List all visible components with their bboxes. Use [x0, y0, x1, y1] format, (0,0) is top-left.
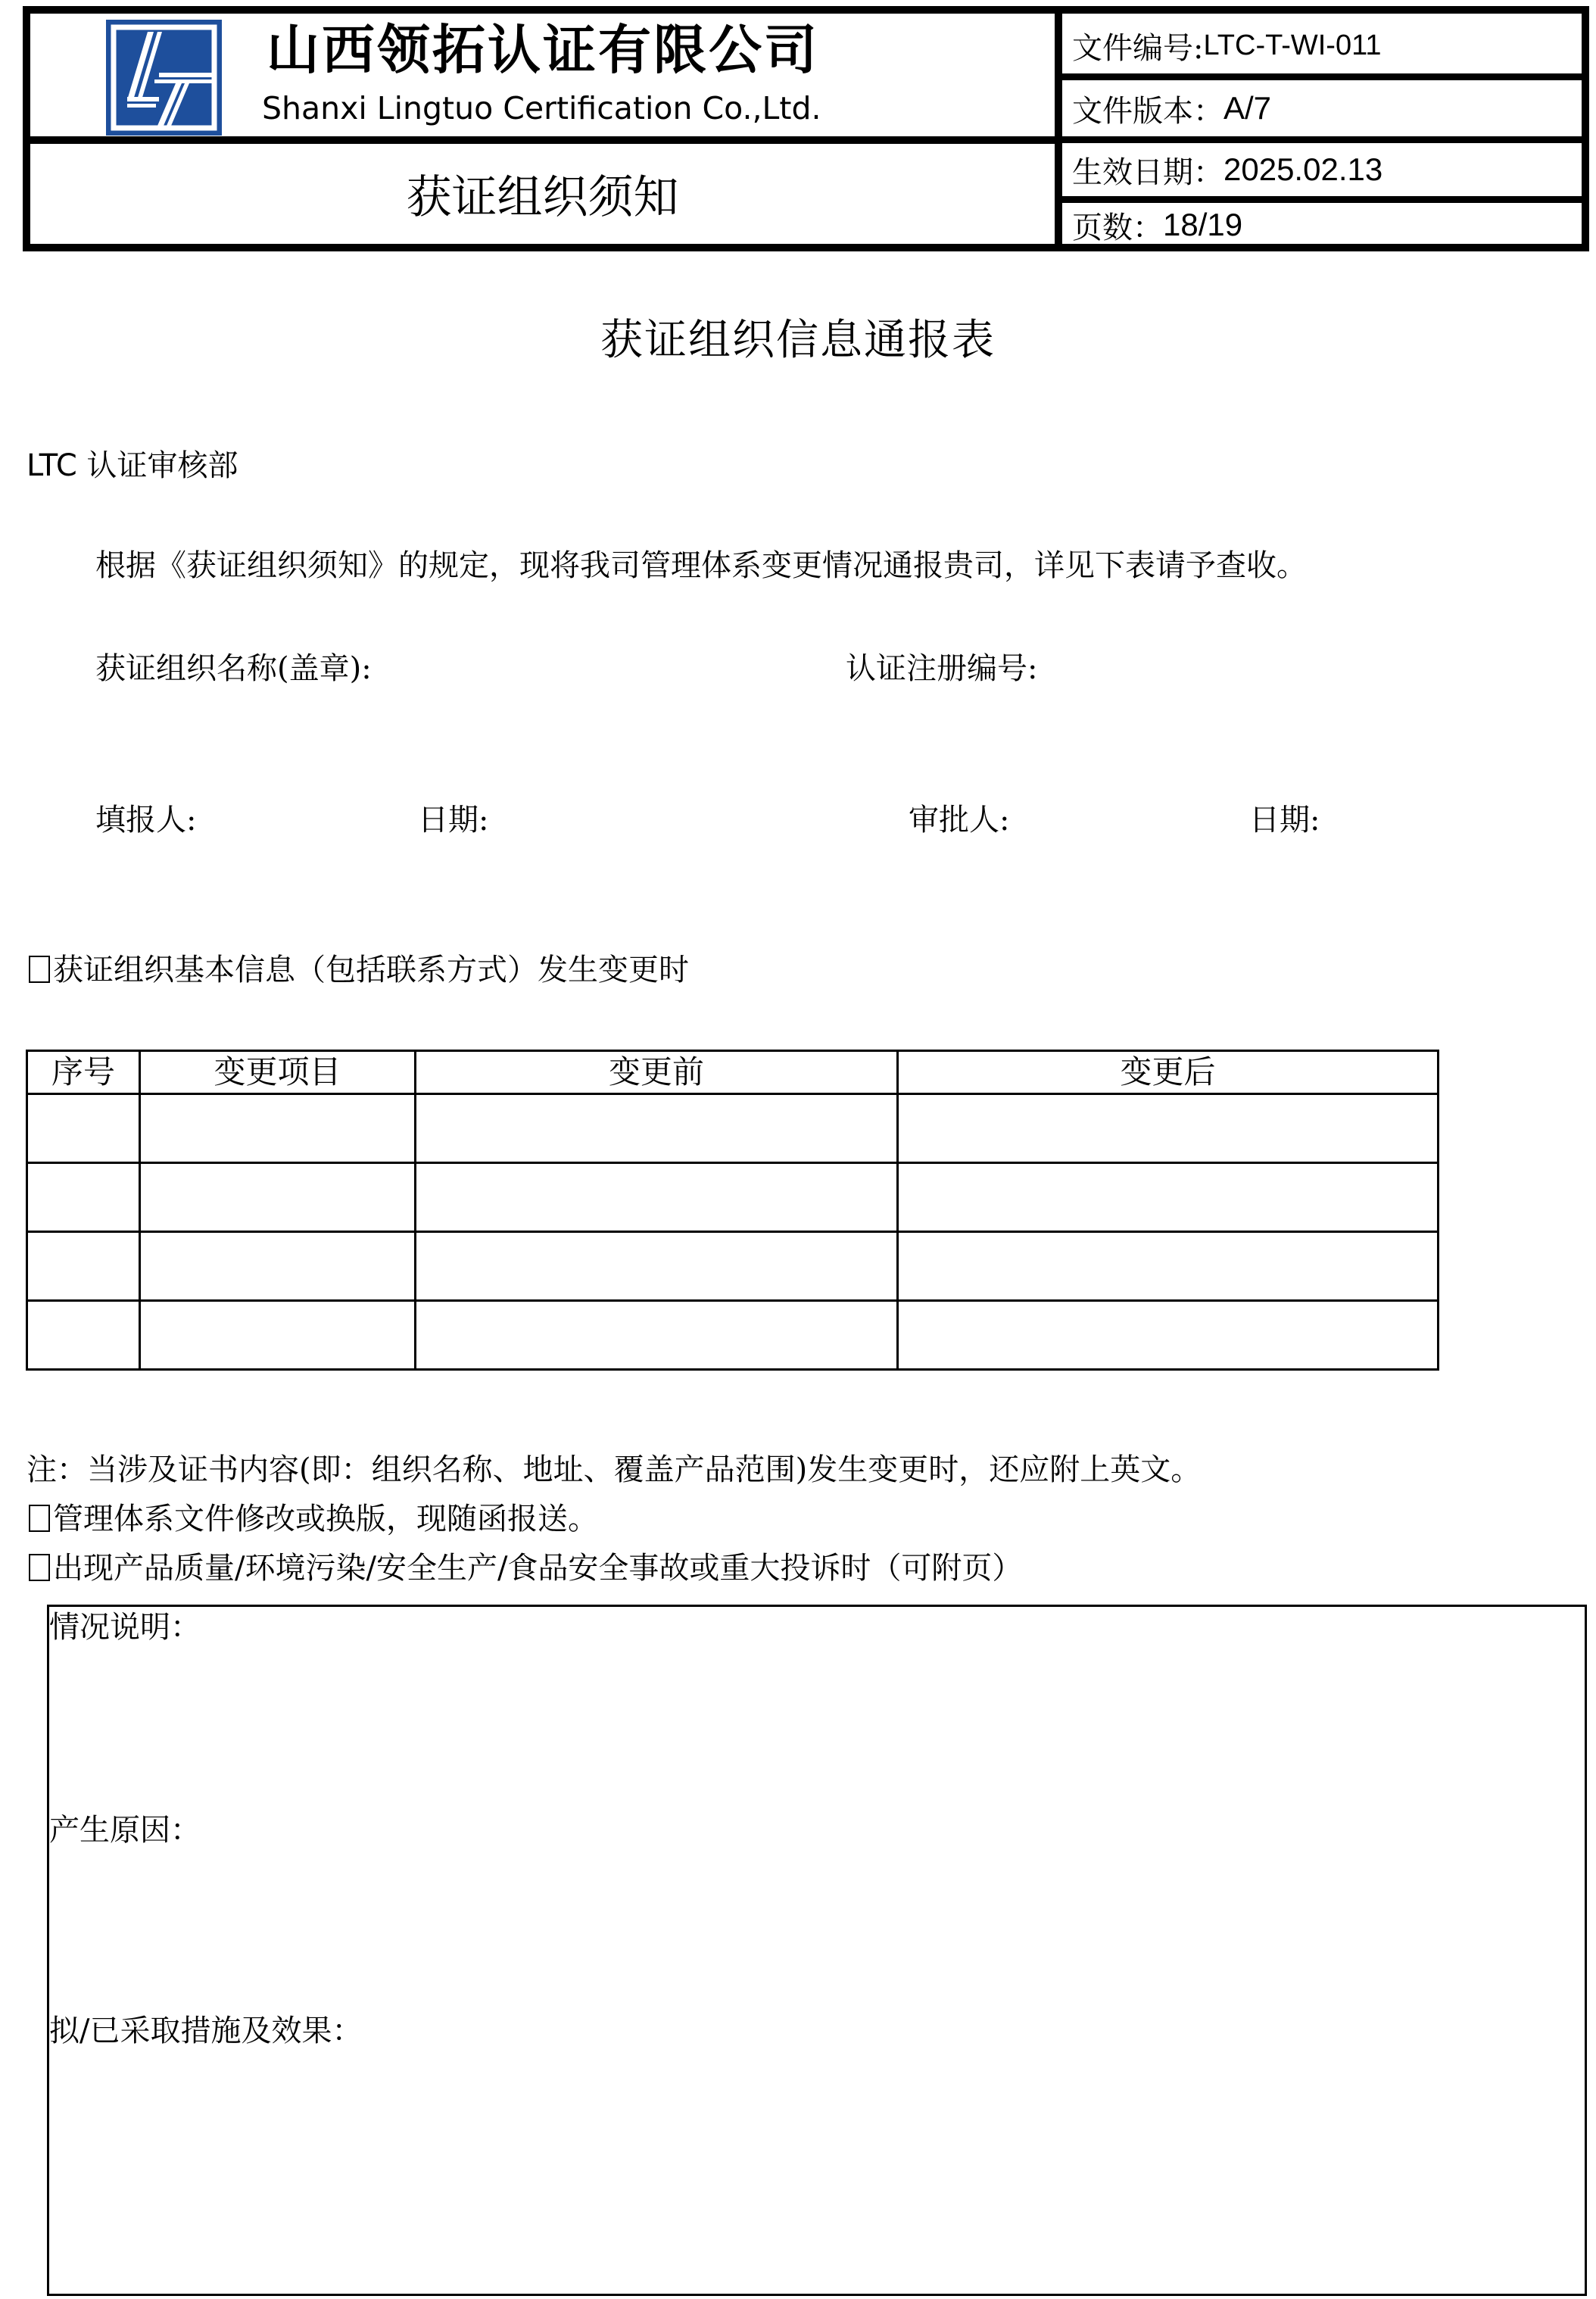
incident-checkbox[interactable] [29, 1554, 50, 1581]
recipient: LTC 认证审核部 [26, 447, 238, 485]
version-label: 文件版本： [1072, 87, 1223, 130]
effective-date-label: 生效日期： [1072, 148, 1223, 192]
incident-details-box[interactable]: 情况说明： 产生原因： 拟/已采取措施及效果： [47, 1605, 1587, 2296]
situation-label: 情况说明： [49, 1608, 201, 1646]
table-cell[interactable] [27, 1094, 140, 1163]
table-cell[interactable] [140, 1232, 416, 1301]
page-count: 页数：18/19 [1072, 198, 1242, 251]
table-cell[interactable] [416, 1094, 898, 1163]
incident-checkbox-label: 出现产品质量/环境污染/安全生产/食品安全事故或重大投诉时（可附页） [53, 1551, 1022, 1586]
table-cell[interactable] [27, 1232, 140, 1301]
company-name-cn: 山西领拓认证有限公司 [267, 20, 819, 80]
doc-number-value: LTC-T-WI-011 [1203, 30, 1381, 62]
header-divider-horizontal [23, 136, 1060, 144]
form-title: 获证组织信息通报表 [0, 314, 1596, 367]
incident-option[interactable]: 出现产品质量/环境污染/安全生产/食品安全事故或重大投诉时（可附页） [29, 1549, 1022, 1587]
column-header-seq: 序号 [27, 1051, 140, 1094]
doc-number: 文件编号:LTC-T-WI-011 [1072, 19, 1382, 72]
table-cell[interactable] [140, 1301, 416, 1370]
cause-label: 产生原因： [49, 1811, 201, 1849]
pages-label: 页数： [1072, 204, 1163, 247]
table-cell[interactable] [140, 1163, 416, 1232]
version-value: A/7 [1223, 90, 1271, 126]
column-header-after: 变更后 [898, 1051, 1439, 1094]
docs-revision-checkbox-label: 管理体系文件修改或换版，现随函报送。 [53, 1502, 598, 1536]
basic-info-checkbox-label: 获证组织基本信息（包括联系方式）发生变更时 [53, 953, 689, 987]
reporter-date-label: 日期: [418, 801, 488, 839]
approver-date-label: 日期: [1249, 801, 1320, 839]
table-cell[interactable] [140, 1094, 416, 1163]
pages-value: 18/19 [1163, 207, 1242, 243]
measures-label: 拟/已采取措施及效果： [49, 2012, 362, 2050]
table-row [27, 1163, 1439, 1232]
certificate-note: 注：当涉及证书内容(即：组织名称、地址、覆盖产品范围)发生变更时，还应附上英文。 [26, 1451, 1201, 1489]
column-header-before: 变更前 [416, 1051, 898, 1094]
column-header-item: 变更项目 [140, 1051, 416, 1094]
document-name: 获证组织须知 [30, 144, 1055, 244]
docs-revision-checkbox[interactable] [29, 1505, 50, 1532]
reporter-field-label: 填报人: [95, 801, 196, 839]
header-meta-divider [1056, 73, 1589, 80]
change-table: 序号 变更项目 变更前 变更后 [26, 1050, 1439, 1371]
table-row [27, 1301, 1439, 1370]
company-name-en: Shanxi Lingtuo Certification Co.,Ltd. [262, 89, 821, 127]
table-cell[interactable] [898, 1232, 1439, 1301]
table-cell[interactable] [416, 1232, 898, 1301]
doc-version: 文件版本：A/7 [1072, 82, 1271, 135]
table-cell[interactable] [898, 1301, 1439, 1370]
reg-number-field-label: 认证注册编号: [846, 650, 1037, 688]
table-header-row: 序号 变更项目 变更前 变更后 [27, 1051, 1439, 1094]
intro-paragraph: 根据《获证组织须知》的规定，现将我司管理体系变更情况通报贵司，详见下表请予查收。 [95, 547, 1307, 585]
org-name-field-label: 获证组织名称(盖章): [95, 650, 372, 688]
lt-logo-icon [106, 20, 222, 136]
header-meta-divider [1056, 136, 1589, 143]
basic-info-change-option[interactable]: 获证组织基本信息（包括联系方式）发生变更时 [29, 951, 689, 989]
table-cell[interactable] [416, 1301, 898, 1370]
doc-number-label: 文件编号: [1072, 24, 1203, 67]
table-cell[interactable] [898, 1094, 1439, 1163]
basic-info-checkbox[interactable] [29, 956, 50, 983]
header-divider-vertical [1055, 6, 1062, 251]
approver-field-label: 审批人: [909, 801, 1009, 839]
effective-date: 生效日期：2025.02.13 [1072, 143, 1382, 196]
docs-revision-option[interactable]: 管理体系文件修改或换版，现随函报送。 [29, 1500, 598, 1538]
table-cell[interactable] [27, 1301, 140, 1370]
table-cell[interactable] [898, 1163, 1439, 1232]
table-cell[interactable] [27, 1163, 140, 1232]
table-row [27, 1094, 1439, 1163]
table-cell[interactable] [416, 1163, 898, 1232]
effective-date-value: 2025.02.13 [1223, 151, 1382, 188]
table-row [27, 1232, 1439, 1301]
